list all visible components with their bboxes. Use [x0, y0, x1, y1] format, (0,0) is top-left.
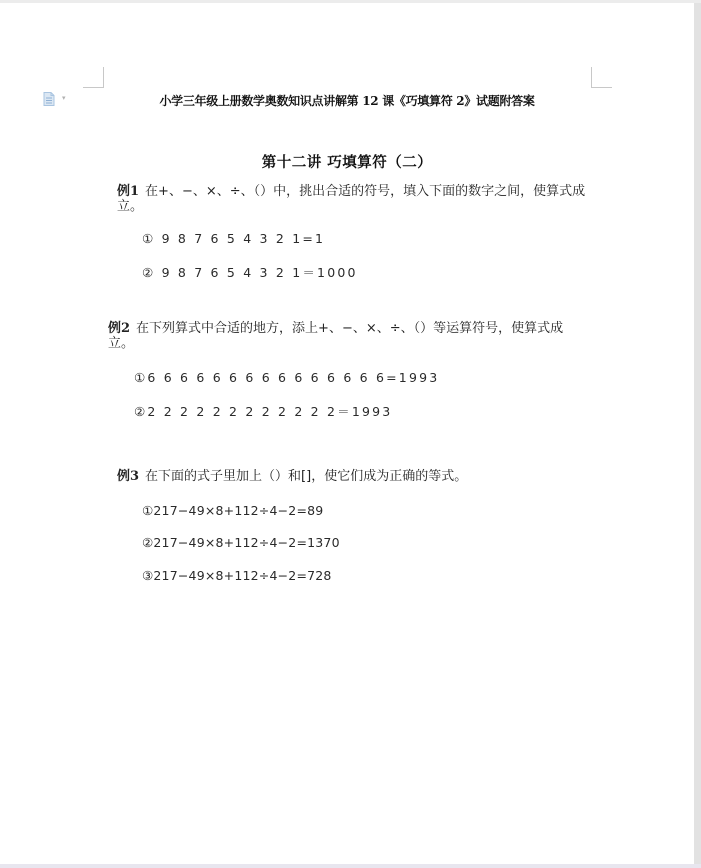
example-2: 例2在下列算式中合适的地方，添上+、−、×、÷、（）等运算符号，使算式成立。	[108, 321, 588, 351]
example-1-problem-1: ① 9 8 7 6 5 4 3 2 1=1	[142, 231, 325, 246]
example-3-problem-2: ②217−49×8+112÷4−2=1370	[142, 535, 340, 550]
example-2-problem-1: ①6 6 6 6 6 6 6 6 6 6 6 6 6 6 6=1993	[134, 370, 439, 385]
window-bottom-edge	[0, 864, 701, 868]
example-label: 例3	[117, 469, 139, 484]
example-prompt: 在+、−、×、÷、（）中，挑出合适的符号，填入下面的数字之间，使算式成立。	[117, 184, 585, 214]
example-3-problem-1: ①217−49×8+112÷4−2=89	[142, 503, 323, 518]
margin-corner-mark-top-right	[591, 67, 612, 88]
example-prompt: 在下列算式中合适的地方，添上+、−、×、÷、（）等运算符号，使算式成立。	[108, 321, 563, 351]
example-1-problem-2: ② 9 8 7 6 5 4 3 2 1＝1000	[142, 263, 358, 281]
document-header-title: 小学三年级上册数学奥数知识点讲解第 12 课《巧填算符 2》试题附答案	[0, 92, 694, 109]
example-3-problem-3: ③217−49×8+112÷4−2=728	[142, 568, 332, 583]
example-1: 例1在+、−、×、÷、（）中，挑出合适的符号，填入下面的数字之间，使算式成立。	[117, 184, 587, 214]
vertical-scrollbar-track[interactable]	[694, 3, 701, 864]
example-prompt: 在下面的式子里加上（）和[]，使它们成为正确的等式。	[145, 469, 467, 484]
example-2-problem-2: ②2 2 2 2 2 2 2 2 2 2 2 2＝1993	[134, 402, 392, 420]
lecture-title: 第十二讲 巧填算符（二）	[0, 151, 694, 172]
example-label: 例2	[108, 321, 130, 336]
margin-corner-mark-top-left	[83, 67, 104, 88]
document-page: ▾ 小学三年级上册数学奥数知识点讲解第 12 课《巧填算符 2》试题附答案 第十…	[0, 3, 694, 864]
example-3: 例3在下面的式子里加上（）和[]，使它们成为正确的等式。	[117, 469, 597, 484]
example-label: 例1	[117, 184, 139, 199]
